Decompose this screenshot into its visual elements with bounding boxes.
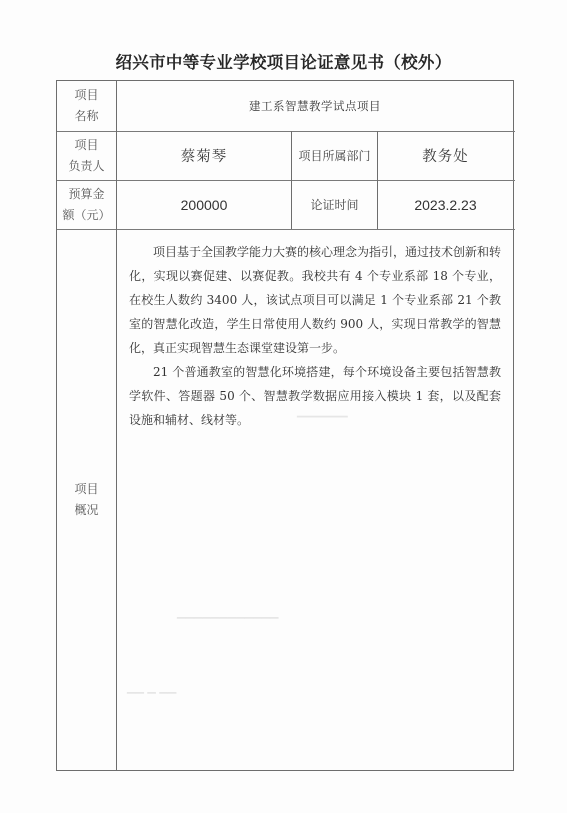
overview-paragraph: 21 个普通教室的智慧化环境搭建，每个环境设备主要包括智慧教学软件、答题器 50… (129, 360, 501, 432)
department-label: 项目所属部门 (292, 131, 377, 180)
budget-label: 预算金 额（元） (57, 180, 116, 229)
project-form-table: 项目 名称 建工系智慧教学试点项目 项目 负责人 蔡菊琴 项目所属部门 教务处 … (56, 80, 514, 771)
label-line: 负责人 (68, 156, 104, 177)
project-name-label: 项目 名称 (57, 81, 116, 131)
project-owner-value: 蔡菊琴 (117, 131, 291, 180)
project-name-value: 建工系智慧教学试点项目 (117, 81, 513, 131)
label-line: 预算金 (68, 184, 104, 205)
page-title: 绍兴市中等专业学校项目论证意见书（校外） (0, 49, 567, 73)
overview-text: 项目基于全国教学能力大赛的核心理念为指引，通过技术创新和转化，实现以赛促建、以赛… (129, 240, 501, 432)
review-date-value: 2023.2.23 (378, 180, 513, 229)
label-line: 额（元） (62, 205, 110, 226)
review-date-label: 论证时间 (292, 180, 377, 229)
label-line: 项目 (74, 135, 98, 156)
label-line: 项目 (74, 85, 98, 106)
overview-section: 项目基于全国教学能力大赛的核心理念为指引，通过技术创新和转化，实现以赛促建、以赛… (57, 230, 515, 770)
budget-value: 200000 (117, 180, 291, 229)
department-value: 教务处 (378, 131, 513, 180)
project-owner-label: 项目 负责人 (57, 131, 116, 180)
overview-paragraph: 项目基于全国教学能力大赛的核心理念为指引，通过技术创新和转化，实现以赛促建、以赛… (129, 240, 501, 360)
label-line: 名称 (74, 106, 98, 127)
